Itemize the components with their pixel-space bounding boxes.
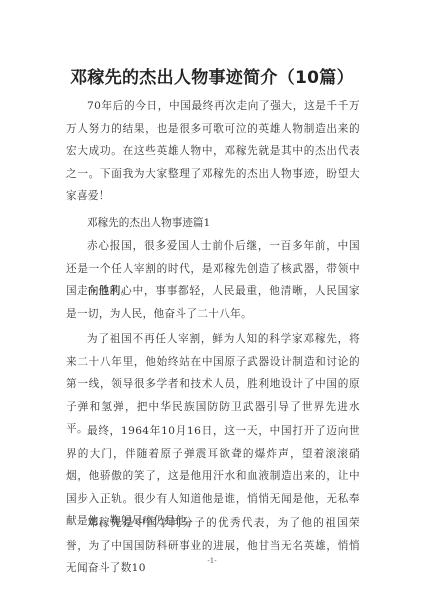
body-paragraph-5: 邓稼先是中国学问分子的优秀代表，为了他的祖国荣誉，为了中国国防科研事业的进展，他…	[66, 512, 360, 580]
intro-paragraph: 70年后的今日，中国最终再次走向了强大，这是千千万万人努力的结果，也是很多可歌可…	[66, 95, 360, 208]
body-paragraph-2: 在他的心中，事事都轻，人民最重，他清晰，人民国家是一切，为人民，他奋斗了二十八年…	[66, 280, 360, 325]
document-page: 邓稼先的杰出人物事迹简介（10篇） 70年后的今日，中国最终再次走向了强大，这是…	[0, 0, 424, 600]
document-body: 70年后的今日，中国最终再次走向了强大，这是千千万万人努力的结果，也是很多可歌可…	[50, 0, 360, 600]
section-heading: 邓稼先的杰出人物事迹篇1	[66, 212, 360, 235]
page-number: -1-	[0, 557, 424, 565]
